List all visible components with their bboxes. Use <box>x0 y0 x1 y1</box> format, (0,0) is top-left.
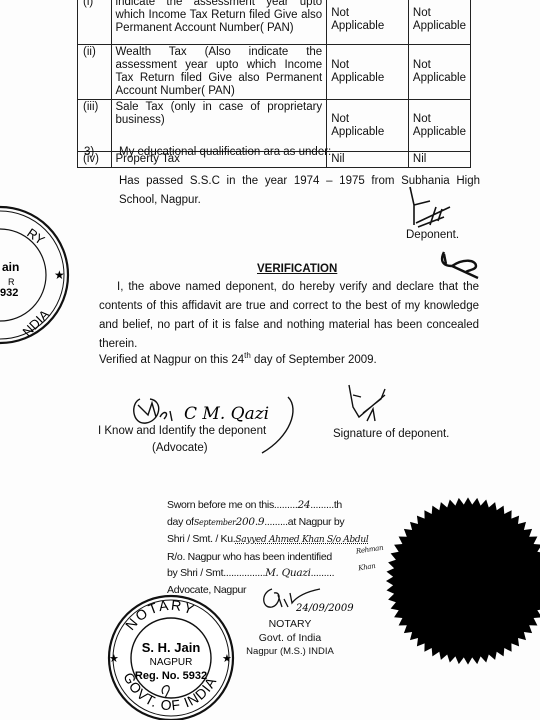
svg-text:932: 932 <box>0 287 18 299</box>
row-value-1: Not Applicable <box>327 0 409 45</box>
row-number: (ii) <box>78 45 112 100</box>
section-number: 3) <box>84 146 94 158</box>
svg-text:C M. Qazi: C M. Qazi <box>184 404 269 424</box>
deponent-signature-top <box>400 185 460 230</box>
row-value-2: Not Applicable <box>408 100 470 152</box>
deponent-signature-bottom <box>345 383 405 428</box>
row-number: (iii) <box>78 100 112 152</box>
row-value-1: Not Applicable <box>327 45 409 100</box>
notary-info: NOTARY Govt. of India Nagpur (M.S.) INDI… <box>240 617 340 659</box>
svg-text:★: ★ <box>222 653 232 665</box>
svg-text:R: R <box>8 277 15 287</box>
table-row: (i)indicate the assessment year upto whi… <box>78 0 471 45</box>
table-row: (iii)Sale Tax (only in case of proprieta… <box>78 100 471 152</box>
svg-text:Reg. No. 5932: Reg. No. 5932 <box>135 670 207 682</box>
advocate-identify-text: I Know and Identify the deponent <box>98 425 266 437</box>
svg-text:24/09/2009: 24/09/2009 <box>295 603 354 614</box>
row-value-1: Nil <box>327 152 409 168</box>
svg-text:★: ★ <box>109 653 119 665</box>
initials-mark <box>438 250 483 280</box>
advocate-label: (Advocate) <box>152 442 208 454</box>
verification-body: I, the above named deponent, do hereby v… <box>99 278 479 354</box>
svg-text:ain: ain <box>2 260 19 274</box>
row-number: (i) <box>78 0 112 45</box>
notary-signature: 24/09/2009 <box>258 585 378 620</box>
notary-round-stamp: NOTARY GOVT. OF INDIA S. H. Jain NAGPUR … <box>105 590 237 720</box>
svg-text:★: ★ <box>54 268 65 282</box>
row-description: Sale Tax (only in case of proprietary bu… <box>111 100 327 152</box>
svg-text:S. H. Jain: S. H. Jain <box>142 640 201 655</box>
sworn-block: Sworn before me on this.........24......… <box>167 497 392 598</box>
row-number: (iv) <box>78 152 112 168</box>
row-value-2: Not Applicable <box>408 0 470 45</box>
row-value-2: Not Applicable <box>408 45 470 100</box>
partial-notary-stamp: RY ain R 932 ★ NDIA <box>0 205 80 345</box>
row-description: Wealth Tax (Also indicate the assessment… <box>111 45 327 100</box>
verified-date-line: Verified at Nagpur on this 24th day of S… <box>99 351 377 366</box>
deponent-signature-label: Signature of deponent. <box>333 428 449 440</box>
table-row: (ii)Wealth Tax (Also indicate the assess… <box>78 45 471 100</box>
row-value-1: Not Applicable <box>327 100 409 152</box>
embossed-seal <box>380 495 540 675</box>
section-heading: My educational qualification ara as unde… <box>119 146 331 158</box>
row-description: indicate the assessment year upto which … <box>111 0 327 45</box>
row-value-2: Nil <box>408 152 470 168</box>
verification-title: VERIFICATION <box>257 263 337 275</box>
tax-details-table: (i)indicate the assessment year upto whi… <box>77 0 471 168</box>
svg-text:NAGPUR: NAGPUR <box>150 657 193 668</box>
deponent-label: Deponent. <box>406 229 459 241</box>
